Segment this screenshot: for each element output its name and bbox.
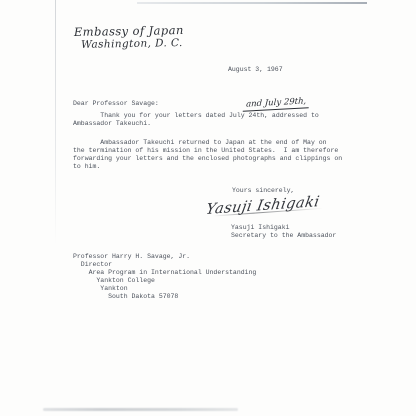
paragraph-line: to him. [73,163,342,171]
address-line: Director [73,261,256,269]
paragraph-line: Ambassador Takeuchi returned to Japan at… [73,139,342,147]
address-line: Professor Harry H. Savage, Jr. [73,253,256,261]
address-line: South Dakota 57078 [73,293,256,301]
paper-edge-left [55,0,56,245]
address-line: Yankton College [73,277,256,285]
salutation: Dear Professor Savage: [73,100,159,108]
recipient-address-block: Professor Harry H. Savage, Jr. Director … [73,253,256,301]
handwritten-signature: Yasuji Ishigaki [205,194,321,218]
handwritten-annotation: and July 29th, [243,96,310,112]
body-paragraph-2: Ambassador Takeuchi returned to Japan at… [73,139,342,171]
signer-title: Secretary to the Ambassador [231,232,336,240]
valediction: Yours sincerely, [232,187,294,195]
body-paragraph-1: Thank you for your letters dated July 24… [73,112,319,128]
letterhead: Embassy of Japan Washington, D. C. [74,23,184,51]
scanned-letter: Embassy of Japan Washington, D. C. Augus… [0,0,416,416]
paper-shadow-bottom [43,408,238,411]
paragraph-line: Thank you for your letters dated July 24… [73,112,319,120]
address-line: Area Program in International Understand… [73,269,256,277]
date-line: August 3, 1967 [228,66,283,74]
address-line: Yankton [73,285,256,293]
letterhead-city: Washington, D. C. [81,37,184,51]
signer-typed-name: Yasuji Ishigaki [231,224,290,232]
paragraph-line: forwarding your letters and the enclosed… [73,155,342,163]
paper-edge-top [137,2,367,4]
paragraph-line: Ambassador Takeuchi. [73,120,319,128]
paragraph-line: the termination of his mission in the Un… [73,147,342,155]
